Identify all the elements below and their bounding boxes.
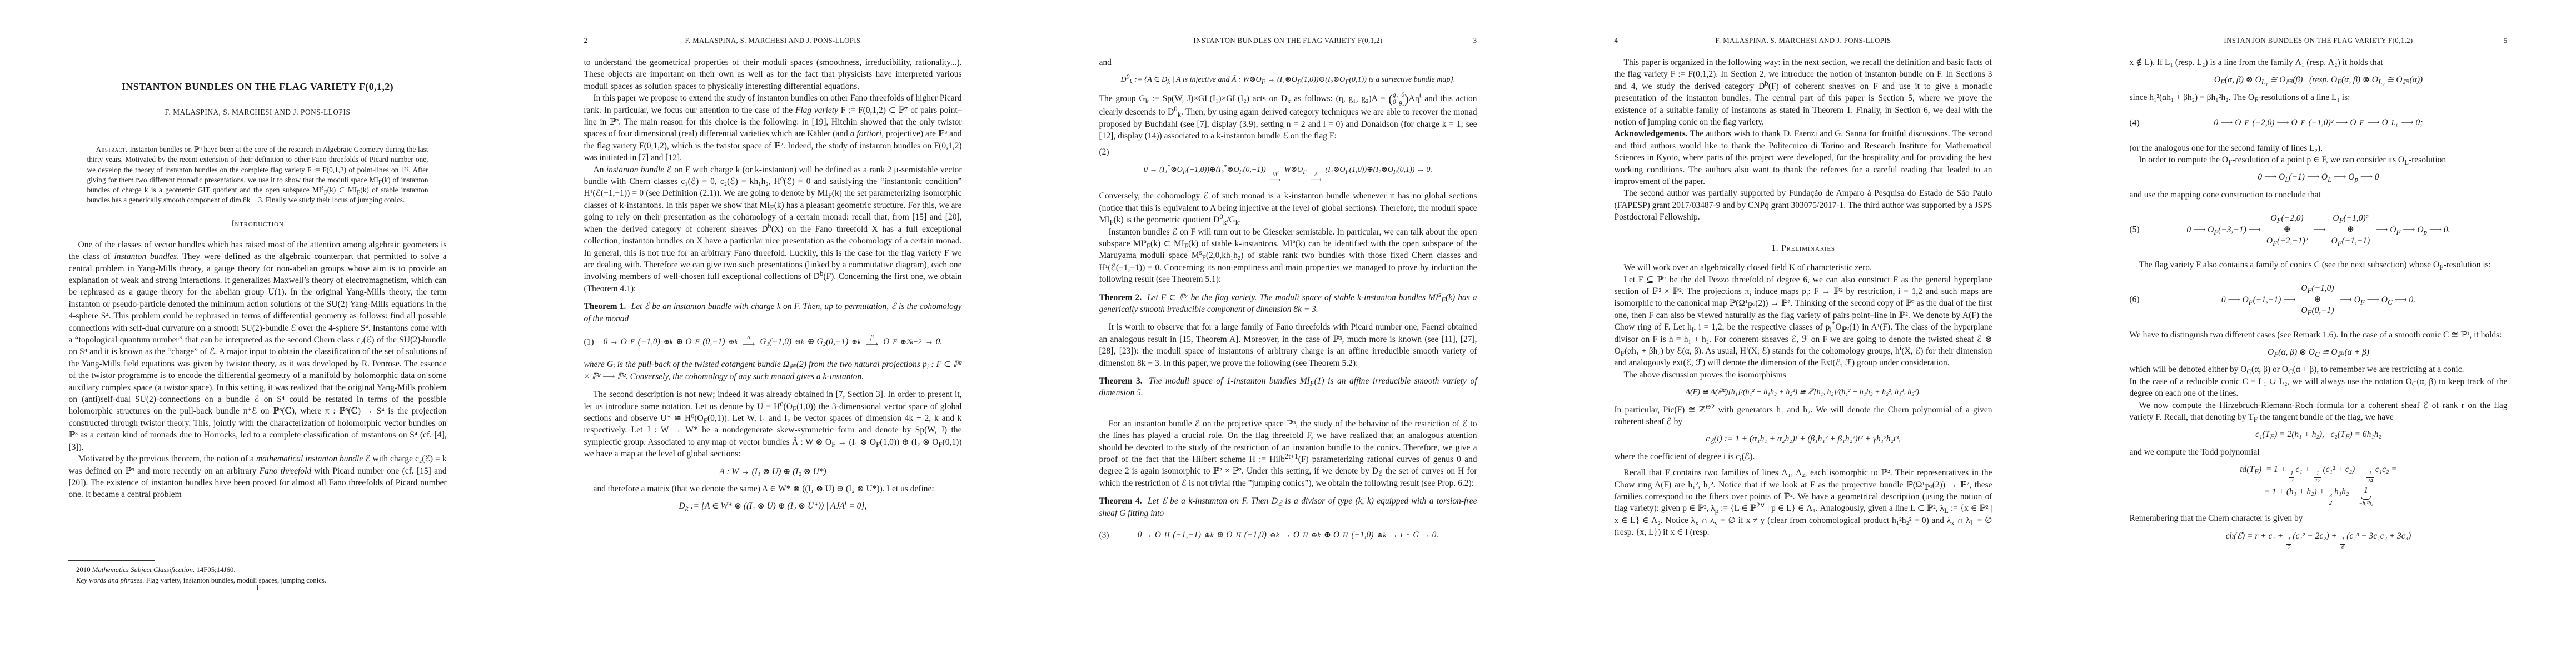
paper-authors: F. MALASPINA, S. MARCHESI AND J. PONS-LL…	[69, 108, 447, 117]
paragraph: The flag variety F also contains a famil…	[2130, 259, 2508, 271]
theorem-label: Theorem 4.	[1099, 496, 1142, 506]
paragraph: where the coefficient of degree i is ci(…	[1615, 451, 1992, 462]
footnote-rule	[68, 560, 155, 561]
paragraph: In order to compute the OF-resolution of…	[2130, 154, 2508, 166]
paragraph: In the case of a reducible conic C = L₁ …	[2130, 376, 2508, 400]
running-head: 2 F. MALASPINA, S. MARCHESI AND J. PONS-…	[584, 37, 962, 47]
theorem-text: Let ℰ be a k-instanton on F. Then Dℰ is …	[1099, 496, 1477, 517]
paragraph: Instanton bundles ℰ on F will turn out t…	[1099, 226, 1477, 286]
theorem-4: Theorem 4. Let ℰ be a k-instanton on F. …	[1099, 495, 1477, 519]
equation-chern-tangent: c₁(TF) = 2(h₁ + h₂), c₂(TF) = 6h₁h₂	[2130, 429, 2508, 440]
pdf-document-view: { "watermark": "arXiv:1706.06353v2 [math…	[0, 0, 2576, 667]
equation-segment: OF(−2,0)	[2270, 213, 2303, 224]
paragraph: (or the analogous one for the second fam…	[2130, 142, 2508, 154]
theorem-text: Let F ⊂ ℙ⁷ be the flag variety. The modu…	[1099, 293, 1477, 314]
theorem-2: Theorem 2. Let F ⊂ ℙ⁷ be the flag variet…	[1099, 292, 1477, 316]
equation-2: 0 → (I₁*⊗OF(−1,0))⊕(I₂*⊗OF(0,−1)) JÃt⟶ W…	[1099, 164, 1477, 185]
paragraph: Conversely, the cohomology ℰ of such mon…	[1099, 190, 1477, 226]
acknowledgements-label: Acknowledgements.	[1615, 129, 1688, 138]
equation-Dk-definition: Dk := {A ∈ W* ⊗ ((I₁ ⊗ U) ⊕ (I₂ ⊗ U*)) |…	[584, 500, 962, 512]
paragraph: and we compute the Todd polynomial	[2130, 446, 2508, 458]
abstract-text: Instanton bundles on ℙ³ have been at the…	[87, 145, 428, 204]
equation-segment: ⟶ OF ⟶ OC ⟶ 0.	[2340, 294, 2416, 306]
paragraph: Motivated by the previous theorem, the n…	[69, 453, 447, 501]
paragraph: Let F ⊆ ℙ⁷ be the del Pezzo threefold of…	[1615, 274, 1992, 369]
paragraph: and therefore a matrix (that we denote t…	[584, 483, 962, 495]
equation-number: (1)	[584, 336, 594, 347]
section-heading-introduction: Introduction	[69, 219, 447, 229]
paper-title: INSTANTON BUNDLES ON THE FLAG VARIETY F(…	[69, 81, 447, 93]
equation-segment: OF(−1,0)²	[2333, 213, 2368, 224]
paragraph: The above discussion proves the isomorph…	[1615, 369, 1992, 381]
equation-4: (4) 0 ⟶ OF(−2,0) ⟶ OF(−1,0)² ⟶ OF ⟶ OL₁ …	[2130, 117, 2508, 128]
theorem-text: The moduli space of 1-instanton bundles …	[1099, 376, 1477, 397]
running-head: 4 F. MALASPINA, S. MARCHESI AND J. PONS-…	[1615, 37, 1992, 47]
equation-chow-ring: A(F) ≅ A(ℙ²)[h₁]/(h₁² − h₁h₂ + h₂²) ≅ ℤ[…	[1615, 386, 1992, 398]
paragraph: since h₁²(αh₁ + βh₂) = βh₁²h₂. The OF-re…	[2130, 92, 2508, 103]
theorem-1: Theorem 1. Let ℰ be an instanton bundle …	[584, 301, 962, 325]
equation-segment: OF(−1,0)	[2301, 283, 2334, 294]
equation-5: (5) 0 ⟶ OF(−3,−1) ⟶ OF(−2,0) ⊕ OF(−2,−1)…	[2130, 213, 2508, 246]
running-head: INSTANTON BUNDLES ON THE FLAG VARIETY F(…	[1099, 37, 1477, 47]
equation-D0k-definition: D0k := {A ∈ Dk | A is injective and Ã : …	[1077, 74, 1499, 86]
page-4: 4 F. MALASPINA, S. MARCHESI AND J. PONS-…	[1546, 0, 2061, 667]
equation-line-restriction: OF(α, β) ⊗ OL₁ ≅ Oℙ¹(β) (resp. OF(α, β) …	[2130, 74, 2508, 86]
running-head: INSTANTON BUNDLES ON THE FLAG VARIETY F(…	[2130, 37, 2508, 47]
equation-body: 0 → OH(−1,−1)⊕k ⊕ OH(−1,0)⊕k → OH⊕k ⊕ OH…	[1099, 529, 1477, 541]
page-number: 1	[0, 584, 515, 593]
page-number: 2	[584, 37, 588, 45]
equation-segment: OF(−2,−1)²	[2266, 236, 2308, 247]
equation-segment: OF(−1,−1)	[2331, 236, 2370, 247]
equation-conic-restriction: OF(α, β) ⊗ OC ≅ Oℙ¹(α + β)	[2130, 346, 2508, 358]
equation-global-sections: A : W → (I₁ ⊗ U) ⊕ (I₂ ⊗ U*)	[584, 466, 962, 477]
theorem-text: where Gi is the pull-back of the twisted…	[584, 360, 962, 381]
page-3: INSTANTON BUNDLES ON THE FLAG VARIETY F(…	[1030, 0, 1546, 667]
running-head-title: INSTANTON BUNDLES ON THE FLAG VARIETY F(…	[1099, 37, 1477, 45]
theorem-1-continuation: where Gi is the pull-back of the twisted…	[584, 359, 962, 382]
paragraph: In this paper we propose to extend the s…	[584, 92, 962, 163]
page-number: 5	[2504, 37, 2508, 45]
equation-chern-polynomial: cℰ(t) := 1 + (α₁h₁ + α₂h₂)t + (β₁h₁² + β…	[1615, 433, 1992, 445]
running-head-title: INSTANTON BUNDLES ON THE FLAG VARIETY F(…	[2130, 37, 2508, 45]
equation-number: (2)	[1099, 146, 1477, 158]
paragraph: For an instanton bundle ℰ on the project…	[1099, 418, 1477, 489]
equation-number: (4)	[2130, 117, 2140, 128]
equation-segment: 0 ⟶ OF(−1,−1) ⟶	[2221, 294, 2296, 306]
equation-3: (3) 0 → OH(−1,−1)⊕k ⊕ OH(−1,0)⊕k → OH⊕k …	[1099, 529, 1477, 541]
paragraph: We will work over an algebraically close…	[1615, 262, 1992, 273]
theorem-3: Theorem 3. The moduli space of 1-instant…	[1099, 375, 1477, 399]
equation-1: (1) 0 → OF(−1,0)⊕k ⊕ OF(0,−1)⊕k α⟶ G₁(−1…	[584, 335, 962, 349]
equation-6: (6) 0 ⟶ OF(−1,−1) ⟶ OF(−1,0) ⊕ OF(0,−1) …	[2130, 283, 2508, 316]
equation-body: 0 ⟶ OF(−2,0) ⟶ OF(−1,0)² ⟶ OF ⟶ OL₁ ⟶ 0;	[2130, 117, 2508, 128]
theorem-label: Theorem 2.	[1099, 293, 1142, 302]
equation-number: (6)	[2130, 294, 2140, 306]
paragraph: It is worth to observe that for a large …	[1099, 321, 1477, 369]
page-2: 2 F. MALASPINA, S. MARCHESI AND J. PONS-…	[515, 0, 1030, 667]
oplus-symbol: ⊕	[2347, 224, 2354, 235]
paragraph: The group Gk := Sp(W, J)×GL(I₁)×GL(I₂) a…	[1099, 92, 1477, 142]
page-number: 4	[1615, 37, 1618, 45]
footnote-block: 2010 Mathematics Subject Classification.…	[68, 560, 446, 585]
paragraph: We now compute the Hirzebruch-Riemann-Ro…	[2130, 400, 2508, 424]
theorem-text: Let ℰ be an instanton bundle with charge…	[584, 302, 962, 323]
equation-segment: 0 ⟶ OF(−3,−1) ⟶	[2186, 224, 2261, 236]
paragraph: to understand the geometrical properties…	[584, 57, 962, 92]
footnote-msc: 2010 Mathematics Subject Classification.…	[68, 565, 446, 575]
oplus-symbol: ⊕	[2284, 224, 2291, 235]
direct-sum-stack: OF(−2,0) ⊕ OF(−2,−1)²	[2266, 213, 2308, 246]
running-head-title: F. MALASPINA, S. MARCHESI AND J. PONS-LL…	[584, 37, 962, 45]
equation-chern-character: ch(ℰ) = r + c₁ + 12(c₁² − 2c₂) + 16(c₁³ …	[2130, 530, 2508, 551]
abstract-label: Abstract.	[96, 145, 128, 153]
theorem-label: Theorem 3.	[1099, 376, 1143, 386]
page-number: 3	[1473, 37, 1477, 45]
paragraph: In particular, Pic(F) ≅ ℤ⊕2 with generat…	[1615, 404, 1992, 428]
arrow-symbol: ⟶	[2313, 224, 2325, 236]
acknowledgements: Acknowledgements. The authors wish to th…	[1615, 128, 1992, 187]
equation-number: (3)	[1099, 529, 1109, 541]
equation-number: (5)	[2130, 224, 2140, 236]
equation-segment: OF(0,−1)	[2301, 305, 2334, 316]
paragraph: and	[1099, 57, 1477, 68]
page-5: INSTANTON BUNDLES ON THE FLAG VARIETY F(…	[2061, 0, 2576, 667]
paragraph: Remembering that the Chern character is …	[2130, 512, 2508, 524]
direct-sum-stack: OF(−1,0)² ⊕ OF(−1,−1)	[2331, 213, 2370, 246]
equation-segment: ⟶ OF ⟶ Op ⟶ 0.	[2375, 224, 2450, 236]
running-head-title: F. MALASPINA, S. MARCHESI AND J. PONS-LL…	[1615, 37, 1992, 45]
equation-todd-line2: = 1 + (h₁ + h₂) + 32h₁h₂ + 1=h₁²h₂	[2130, 486, 2508, 507]
paragraph: We have to distinguish two different cas…	[2130, 329, 2508, 341]
paragraph: The second author was partially supporte…	[1615, 187, 1992, 223]
page-1: INSTANTON BUNDLES ON THE FLAG VARIETY F(…	[0, 0, 515, 667]
paragraph: The second description is not new; indee…	[584, 389, 962, 460]
equation-body: 0 → OF(−1,0)⊕k ⊕ OF(0,−1)⊕k α⟶ G₁(−1,0)⊕…	[584, 335, 962, 349]
paragraph: One of the classes of vector bundles whi…	[69, 239, 447, 453]
abstract: Abstract. Instanton bundles on ℙ³ have b…	[87, 145, 428, 206]
section-heading-preliminaries: 1. Preliminaries	[1615, 242, 1992, 254]
oplus-symbol: ⊕	[2314, 294, 2321, 305]
equation-body: 0 ⟶ OF(−3,−1) ⟶ OF(−2,0) ⊕ OF(−2,−1)² ⟶ …	[2130, 213, 2508, 246]
paragraph: Recall that F contains two families of l…	[1615, 467, 1992, 538]
equation-body: 0 ⟶ OF(−1,−1) ⟶ OF(−1,0) ⊕ OF(0,−1) ⟶ OF…	[2130, 283, 2508, 316]
theorem-label: Theorem 1.	[584, 302, 626, 311]
paragraph: x ∉ L). If L₁ (resp. L₂) is a line from …	[2130, 57, 2508, 68]
paragraph: which will be denoted either by OC(α, β)…	[2130, 364, 2508, 375]
paragraph: This paper is organized in the following…	[1615, 57, 1992, 128]
equation-point-resolution: 0 ⟶ OL(−1) ⟶ OL ⟶ Op ⟶ 0	[2130, 171, 2508, 183]
direct-sum-stack: OF(−1,0) ⊕ OF(0,−1)	[2301, 283, 2334, 316]
paragraph: An instanton bundle ℰ on F with charge k…	[584, 164, 962, 295]
paragraph: and use the mapping cone construction to…	[2130, 189, 2508, 201]
equation-todd-line1: td(TF) = 1 + 12c₁ + 112(c₁² + c₂) + 124c…	[2130, 464, 2508, 485]
